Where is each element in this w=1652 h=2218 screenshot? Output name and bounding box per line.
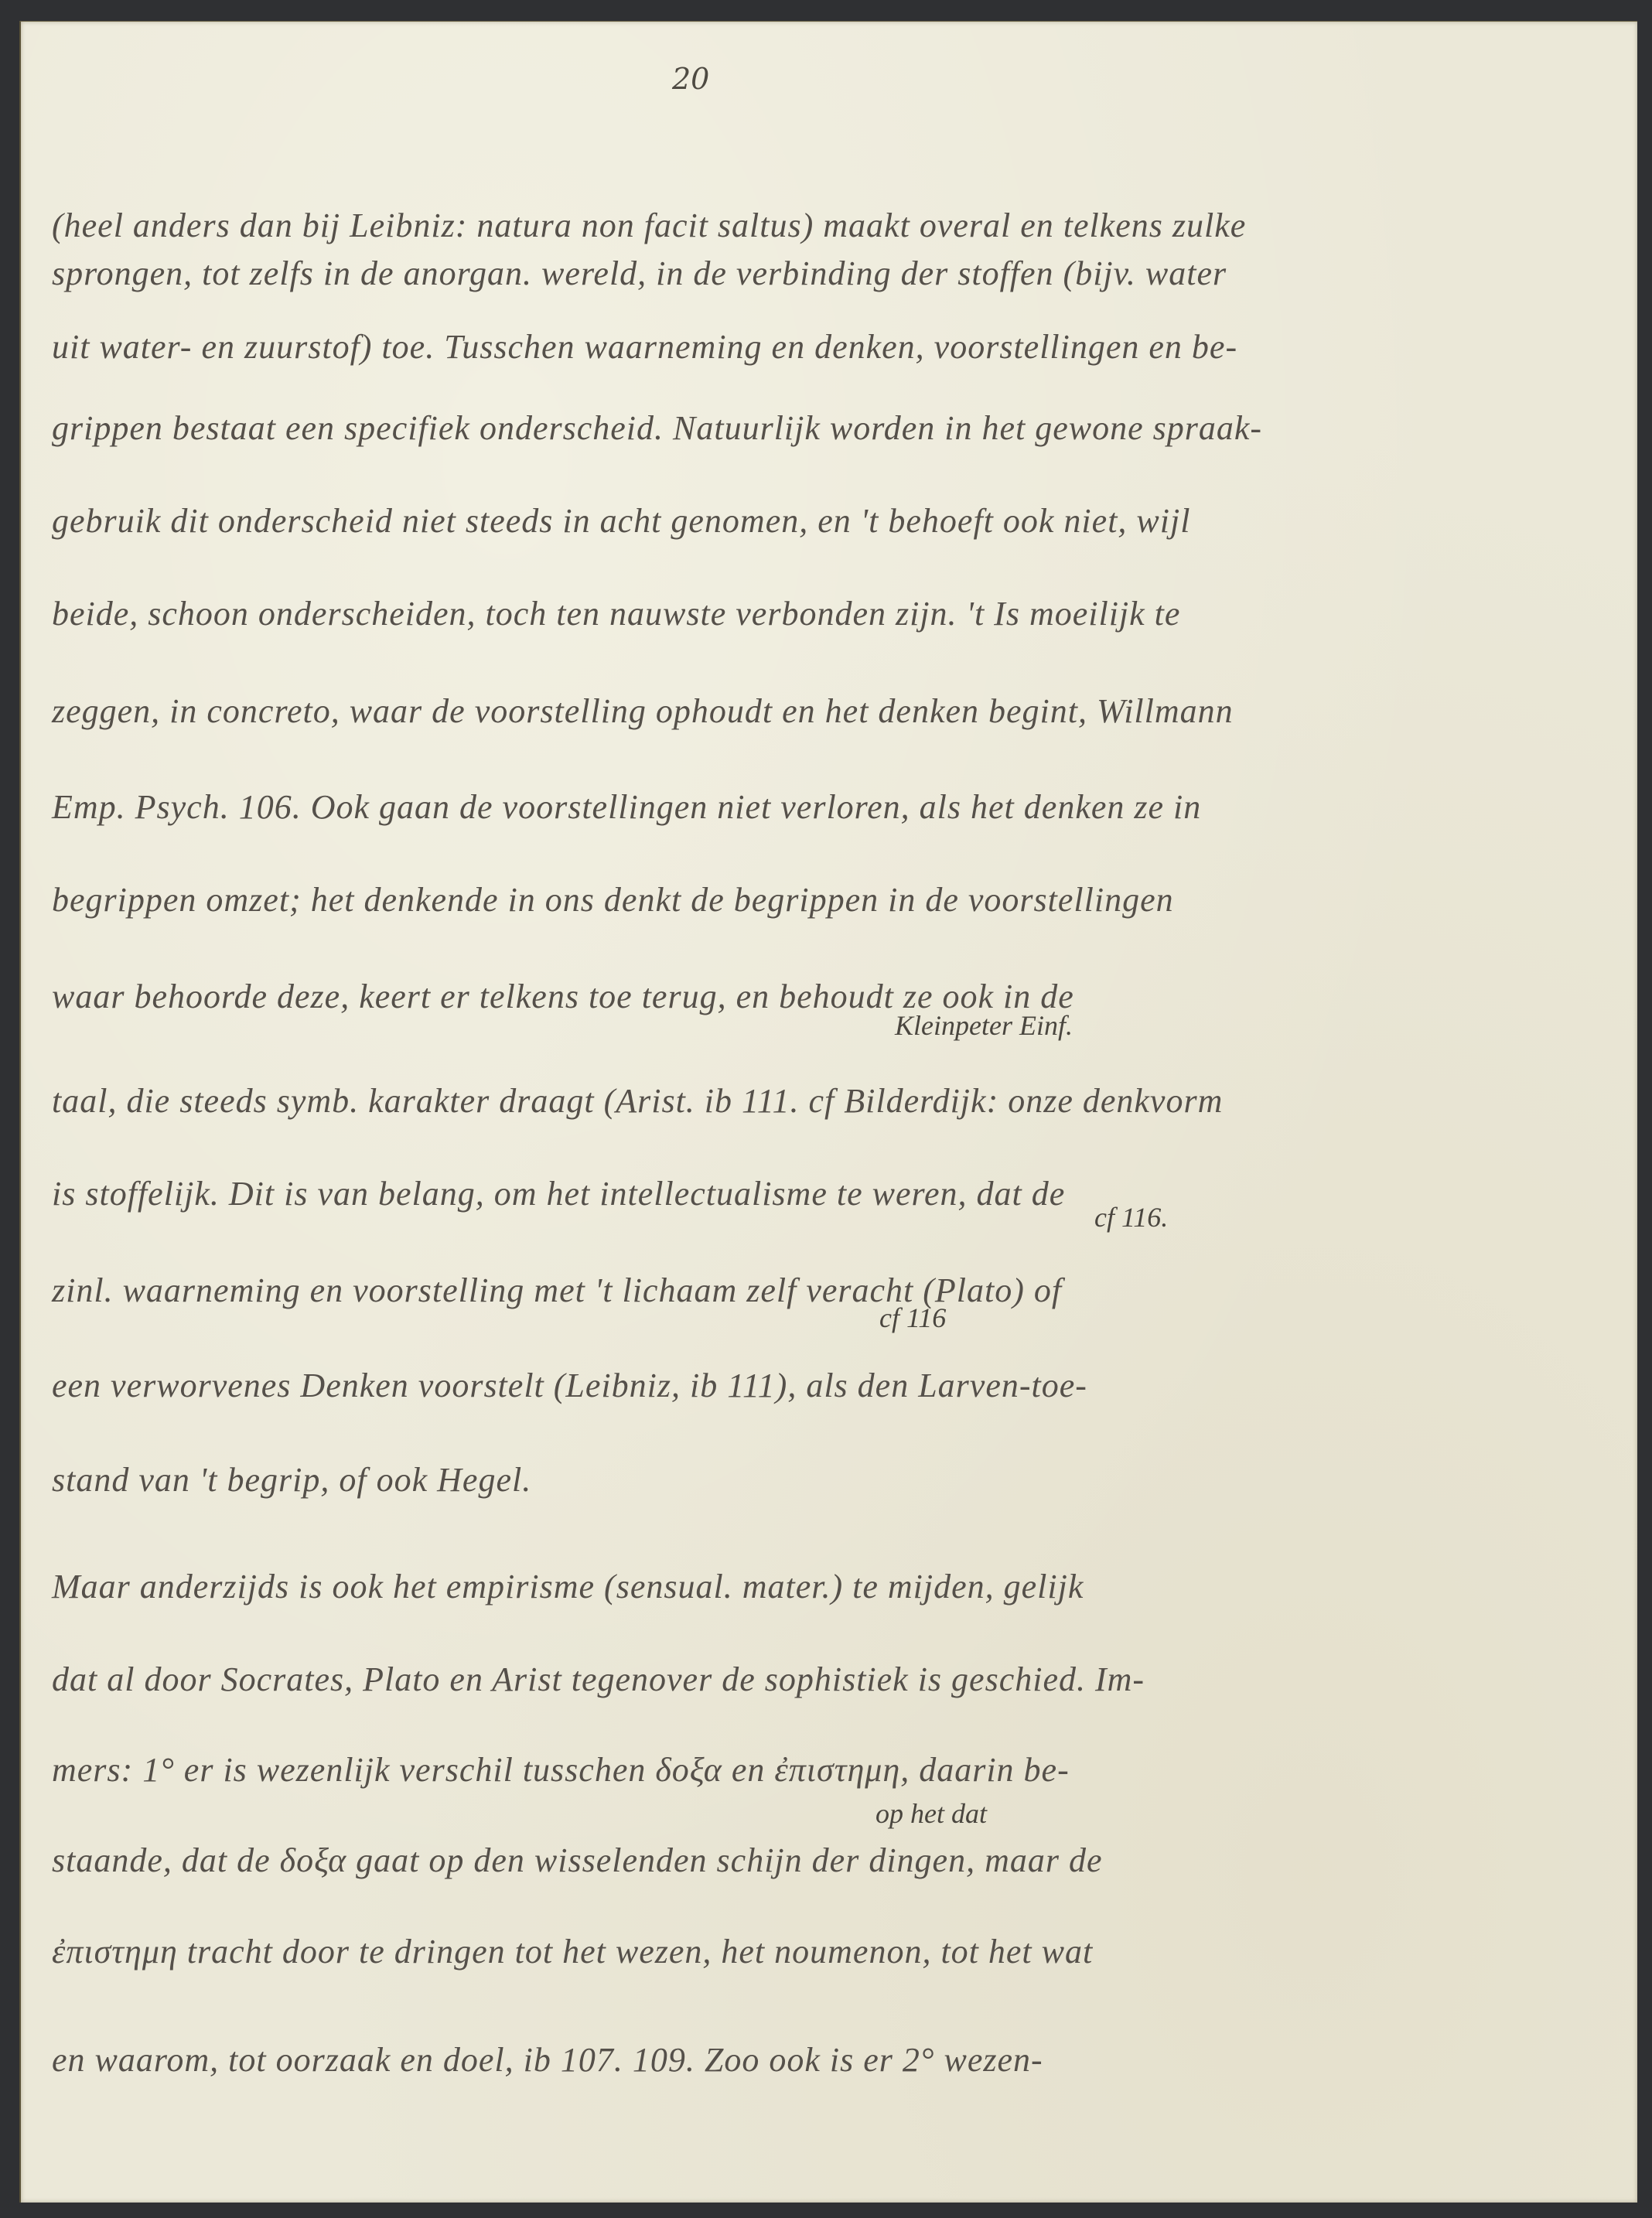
margin-annotation-ref-116: cf 116 xyxy=(879,1302,946,1334)
margin-annotation-kleinpeter: Kleinpeter Einf. xyxy=(895,1009,1073,1042)
margin-annotation-ref-116: cf 116. xyxy=(1094,1201,1168,1234)
manuscript-line: Maar anderzijds is ook het empirisme (se… xyxy=(52,1567,1084,1606)
manuscript-line: zeggen, in concreto, waar de voorstellin… xyxy=(52,691,1234,731)
manuscript-line: grippen bestaat een specifiek onderschei… xyxy=(52,408,1262,448)
manuscript-line: is stoffelijk. Dit is van belang, om het… xyxy=(52,1174,1065,1213)
manuscript-line: gebruik dit onderscheid niet steeds in a… xyxy=(52,501,1190,541)
manuscript-page: 20 (heel anders dan bij Leibniz: natura … xyxy=(19,21,1637,2203)
interlinear-annotation: op het dat xyxy=(875,1797,987,1830)
manuscript-line: mers: 1° er is wezenlijk verschil tussch… xyxy=(52,1750,1070,1790)
manuscript-line: stand van 't begrip, of ook Hegel. xyxy=(52,1460,531,1500)
manuscript-line: Emp. Psych. 106. Ook gaan de voorstellin… xyxy=(52,787,1201,827)
manuscript-line: en waarom, tot oorzaak en doel, ib 107. … xyxy=(52,2040,1043,2080)
manuscript-line: uit water- en zuurstof) toe. Tusschen wa… xyxy=(52,327,1237,367)
manuscript-line: sprongen, tot zelfs in de anorgan. werel… xyxy=(52,254,1227,293)
manuscript-line: taal, die steeds symb. karakter draagt (… xyxy=(52,1081,1223,1121)
manuscript-line: beide, schoon onderscheiden, toch ten na… xyxy=(52,594,1180,633)
page-number: 20 xyxy=(672,62,709,96)
manuscript-line: een verworvenes Denken voorstelt (Leibni… xyxy=(52,1366,1087,1405)
manuscript-line: ἐπιστημη tracht door te dringen tot het … xyxy=(52,1932,1093,1971)
manuscript-line: staande, dat de δοξα gaat op den wissele… xyxy=(52,1841,1103,1880)
manuscript-line: dat al door Socrates, Plato en Arist teg… xyxy=(52,1660,1145,1699)
manuscript-line: begrippen omzet; het denkende in ons den… xyxy=(52,880,1174,920)
manuscript-line: (heel anders dan bij Leibniz: natura non… xyxy=(52,206,1246,245)
